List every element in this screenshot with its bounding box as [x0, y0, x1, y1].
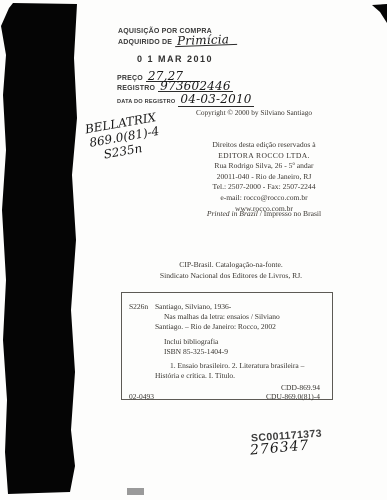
copyright-line: Copyright © 2000 by Silviano Santiago: [196, 108, 312, 117]
cip-entry-line1: Santiago, Silviano, 1936-: [155, 302, 231, 312]
cip-cdu: CDU-869.0(81)-4: [266, 392, 320, 402]
publisher-block: Direitos desta edição reservados à EDITO…: [168, 140, 360, 214]
publisher-address-line1: Rua Rodrigo Silva, 26 - 5º andar: [168, 161, 360, 172]
acquisition-stamp: AQUISIÇÃO POR COMPRA ADQUIRIDO DEPrimíci…: [118, 27, 237, 46]
cip-record-code: 02-0493: [129, 392, 154, 402]
cip-header-line1: CIP-Brasil. Catalogação-na-fonte.: [120, 260, 342, 271]
printed-line-rest: / Impresso no Brasil: [258, 209, 321, 218]
printed-line-italic: Printed in Brazil: [207, 209, 258, 218]
cip-header-line2: Sindicato Nacional dos Editores de Livro…: [120, 271, 342, 282]
cip-entry-line2: Nas malhas da letra: ensaios / Silviano: [164, 312, 280, 322]
scan-artifact-corner: [372, 4, 387, 23]
registry-stamp: PREÇO27,27 REGISTRO973602446 DATA DO REG…: [117, 72, 254, 102]
cip-subjects-line1: 1. Ensaio brasileiro. 2. Literatura bras…: [170, 361, 304, 371]
registry-date-handwritten-value: 04-03-2010: [178, 92, 254, 107]
cip-call-code: S226n: [129, 302, 148, 312]
scan-artifact-bottom-mark: [127, 488, 144, 495]
scan-artifact-left-strip: [1, 3, 77, 494]
registry-label: REGISTRO: [117, 85, 155, 92]
acquired-from-handwritten-value: Primícia: [175, 35, 237, 47]
cip-note: Inclui bibliografia: [164, 337, 218, 347]
price-label: PREÇO: [117, 75, 143, 82]
cip-header: CIP-Brasil. Catalogação-na-fonte. Sindic…: [120, 260, 342, 281]
printed-line: Printed in Brazil / Impresso no Brasil: [168, 209, 360, 220]
publisher-rights-line: Direitos desta edição reservados à: [168, 140, 360, 151]
publisher-email-line: e-mail: rocco@rocco.com.br: [168, 193, 360, 204]
registry-handwritten-value: 973602446: [158, 82, 233, 92]
cip-catalog-box: S226n Santiago, Silviano, 1936- Nas malh…: [121, 292, 333, 400]
cip-isbn: ISBN 85-325-1404-9: [164, 347, 228, 357]
date-stamp: 0 1 MAR 2010: [137, 54, 213, 64]
publisher-address-line2: 20011-040 - Rio de Janeiro, RJ: [168, 172, 360, 183]
cip-entry-line3: Santiago. – Rio de Janeiro: Rocco, 2002: [155, 322, 276, 332]
publisher-phone-line: Tel.: 2507-2000 - Fax: 2507-2244: [168, 182, 360, 193]
acquired-from-label: ADQUIRIDO DE: [118, 39, 172, 46]
scanned-book-page: AQUISIÇÃO POR COMPRA ADQUIRIDO DEPrimíci…: [0, 0, 387, 500]
publisher-name: EDITORA ROCCO LTDA.: [168, 151, 360, 162]
registry-date-label: DATA DO REGISTRO: [117, 99, 175, 105]
cip-subjects-line2: História e crítica. I. Título.: [155, 371, 235, 381]
